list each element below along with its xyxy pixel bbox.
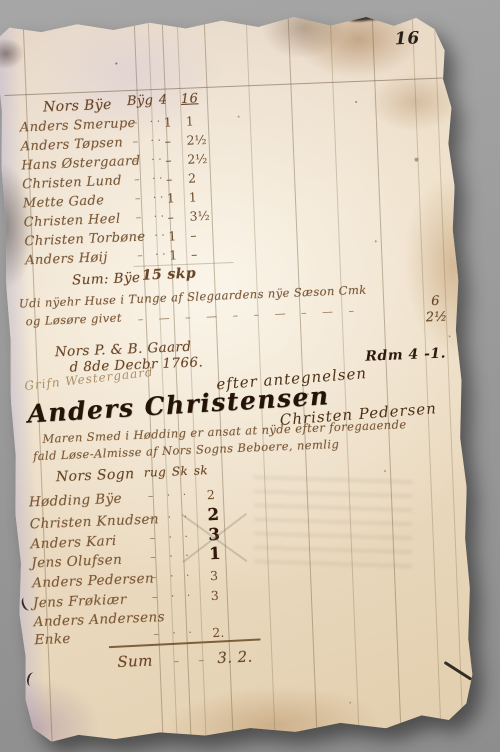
entry-name: Anders Smerupe — [20, 116, 136, 136]
entry-name: Anders Tøpsen — [20, 135, 123, 154]
entry-name: Hødding Bÿe — [29, 491, 123, 511]
ink-smudge — [382, 15, 392, 21]
entry-name: Anders Pedersen — [32, 570, 154, 591]
ink-bleedthrough — [254, 474, 412, 575]
entry-name: Mette Gade — [23, 193, 105, 211]
ditto-mark: · — [168, 531, 172, 544]
table1-col-header: 4 — [159, 93, 168, 108]
table1-sum-value: 15 skp — [142, 266, 197, 284]
ditto-mark: · — [169, 550, 173, 563]
ditto-mark: – — [148, 511, 154, 524]
ditto-mark: · · — [150, 134, 161, 147]
ditto-mark: · · — [151, 153, 162, 166]
amount: – — [191, 246, 198, 261]
amount: 1 — [209, 544, 221, 563]
amount: 1 — [167, 190, 176, 205]
ditto-mark: · — [184, 530, 188, 543]
amount: 2 — [206, 487, 215, 502]
amount: 2½ — [187, 151, 208, 167]
ditto-mark: – — [132, 116, 138, 129]
entry-name: Christen Knudsen — [30, 511, 160, 532]
ditto-mark: · — [186, 569, 190, 582]
ditto-mark: · — [167, 511, 171, 524]
ditto-mark: · · — [150, 115, 161, 128]
spine-mark — [26, 672, 39, 688]
ditto-mark: – — [137, 249, 143, 262]
table1-col-header: 16 — [181, 91, 199, 107]
entry-name: Christen Lund — [22, 173, 122, 192]
ditto-mark: – — [149, 531, 155, 544]
table2-col-header: Sk — [172, 464, 189, 479]
ditto-mark: – — [132, 135, 138, 148]
ditto-mark: – — [148, 489, 154, 502]
amount: 2 — [207, 505, 219, 524]
table1-col-header: Bÿg — [127, 93, 154, 109]
amount: 1 — [169, 247, 178, 262]
ditto-mark: · — [183, 488, 187, 501]
ditto-mark: · — [187, 589, 191, 602]
table1-sum-label: Sum: Bÿe — [72, 270, 141, 289]
ditto-mark: · · — [155, 248, 166, 261]
amount: 2½ — [186, 132, 207, 148]
ditto-mark: – — [133, 154, 139, 167]
ditto-mark: · · — [153, 210, 164, 223]
ditto-mark: – — [136, 230, 142, 243]
amount: 1 — [185, 113, 194, 128]
ditto-mark: – — [151, 570, 157, 583]
amount: 2. — [212, 625, 225, 640]
ditto-mark: – — [153, 627, 159, 640]
amount: 1 — [189, 189, 198, 204]
manuscript-page: 16 Nors Bÿe Bÿg 4 16 Anders Smerupe – · … — [0, 7, 476, 743]
ditto-mark: · — [167, 489, 171, 502]
entry-name: Christen Heel — [23, 212, 120, 231]
amount: 3 — [210, 568, 219, 583]
ditto-mark: · · — [152, 172, 163, 185]
amount: 3 — [211, 588, 220, 603]
table2-title: Nors Sogn — [56, 466, 135, 485]
leader-dashes: – — – — – – — – — – — [137, 304, 360, 326]
amount: 1 — [168, 228, 177, 243]
ditto-mark: · — [170, 570, 174, 583]
entry-name: Enke — [34, 631, 71, 648]
amount: 1 — [163, 114, 172, 129]
ditto-mark: · · — [154, 229, 165, 242]
page-wrapper: 16 Nors Bÿe Bÿg 4 16 Anders Smerupe – · … — [10, 16, 462, 734]
ink-stroke — [444, 661, 472, 680]
amount: – — [165, 152, 172, 167]
scan-background: 16 Nors Bÿe Bÿg 4 16 Anders Smerupe – · … — [0, 0, 500, 752]
margin-note: Rdm 4 -1. — [365, 346, 446, 365]
sum-dashes: – – — [173, 653, 212, 668]
ditto-mark: · · — [153, 191, 164, 204]
ditto-mark: – — [135, 192, 141, 205]
amount: – — [190, 227, 197, 242]
ditto-mark: – — [134, 173, 140, 186]
entry-name: Jens Frøkiær — [33, 592, 127, 612]
amount: 2 — [188, 170, 197, 185]
note-line: og Løsøre givet — [25, 311, 122, 329]
margin-value: 2½ — [426, 309, 448, 325]
margin-value: 6 — [431, 294, 440, 309]
amount: – — [164, 133, 171, 148]
ditto-mark: · — [188, 626, 192, 639]
table2-col-header: sk — [194, 463, 209, 478]
amount: – — [167, 209, 174, 224]
table2-sum-value: 3. 2. — [217, 648, 253, 667]
ditto-mark: – — [150, 550, 156, 563]
entry-name: Anders Høij — [25, 250, 108, 268]
ditto-mark: – — [135, 211, 141, 224]
ditto-mark: · — [172, 627, 176, 640]
table2-sum-label: Sum — [117, 652, 153, 671]
page-number: 16 — [394, 28, 420, 49]
entry-name: Anders Kari — [30, 533, 117, 552]
ink-smudge — [347, 9, 390, 23]
amount: 3½ — [189, 208, 210, 224]
table2-col-header: rug — [144, 465, 167, 480]
header-rule — [5, 77, 447, 96]
amount: – — [166, 171, 173, 186]
entry-name: Jens Olufsen — [31, 552, 122, 572]
ditto-mark: – — [152, 590, 158, 603]
paper-specks — [115, 63, 117, 65]
table1-title: Nors Bÿe — [43, 97, 112, 116]
ditto-mark: · — [171, 590, 175, 603]
